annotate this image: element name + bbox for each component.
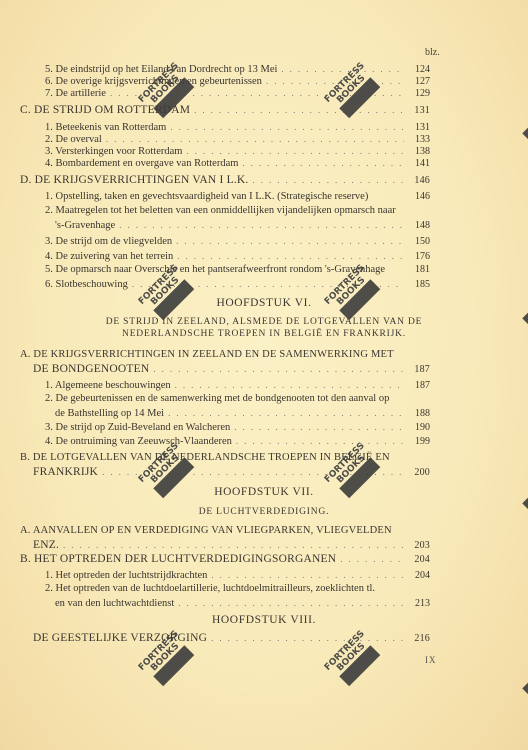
svg-text:BOOKS: BOOKS (149, 641, 181, 673)
toc-entry-line1: 2. Maatregelen tot het beletten van een … (45, 205, 396, 216)
toc-section-c: C. DE STRIJD OM ROTTERDAM...............… (20, 104, 430, 117)
page-column-label: blz. (425, 47, 440, 58)
toc-entry: DE GEESTELIJKE VERZORGING...............… (33, 632, 430, 645)
toc-entry: 3. De strijd op Zuid-Beveland en Walcher… (45, 421, 430, 434)
toc-page: blz. 5. De eindstrijd op het Eiland van … (0, 0, 528, 750)
chapter-7-subtitle: DE LUCHTVERDEDIGING. (0, 506, 528, 518)
toc-entry: de Bathstelling op 14 Mei...............… (55, 407, 430, 420)
toc-entry: 1. Het optreden der luchtstrijdkrachten.… (45, 569, 430, 582)
chapter-6-subtitle-line2: NEDERLANDSCHE TROEPEN IN BELGIË EN FRANK… (0, 328, 528, 340)
toc-section-a: ENZ.....................................… (33, 539, 430, 552)
chapter-6-title: HOOFDSTUK VI. (0, 297, 528, 309)
chapter-6-subtitle-line1: DE STRIJD IN ZEELAND, ALSMEDE DE LOTGEVA… (0, 316, 528, 328)
toc-entry: 's-Gravenhage...........................… (55, 219, 430, 232)
toc-section-a: DE BONDGENOOTEN.........................… (33, 363, 430, 376)
toc-entry: 7. De artillerie........................… (45, 87, 430, 100)
fortress-books-watermark-icon (505, 85, 528, 145)
page-number: IX (425, 655, 437, 665)
toc-entry: 4. De zuivering van het terrein.........… (45, 250, 430, 263)
toc-entry-line1: 2. Het optreden van de luchtdoelartiller… (45, 583, 375, 594)
toc-entry: 5. De opmarsch naar Overschie en het pan… (45, 264, 430, 276)
toc-entry: 4. Bombardement en overgave van Rotterda… (45, 157, 430, 170)
toc-section-d: D. DE KRIJGSVERRICHTINGEN VAN I L.K.....… (20, 174, 430, 187)
svg-text:BOOKS: BOOKS (335, 641, 367, 673)
toc-section-a-line1: A. DE KRIJGSVERRICHTINGEN IN ZEELAND EN … (20, 349, 394, 360)
toc-entry: 1. Opstelling, taken en gevechtsvaardigh… (45, 191, 430, 203)
toc-section-a-line1: A. AANVALLEN OP EN VERDEDIGING VAN VLIEG… (20, 525, 392, 536)
chapter-8-title: HOOFDSTUK VIII. (0, 614, 528, 626)
toc-entry: 4. De ontruiming van Zeeuwsch-Vlaanderen… (45, 435, 430, 448)
toc-entry: 3. De strijd om de vliegvelden..........… (45, 235, 430, 248)
toc-section-b: FRANKRIJK...............................… (33, 466, 430, 479)
toc-section-b: B. HET OPTREDEN DER LUCHTVERDEDIGINGSORG… (20, 553, 430, 566)
toc-entry-line1: 2. De gebeurtenissen en de samenwerking … (45, 393, 389, 404)
toc-entry: 1. Algemeene beschouwingen..............… (45, 379, 430, 392)
chapter-7-title: HOOFDSTUK VII. (0, 486, 528, 498)
toc-entry: en van den luchtwachtdienst.............… (55, 597, 430, 610)
toc-entry: 6. Slotbeschouwing......................… (45, 278, 430, 291)
fortress-books-watermark-icon (505, 640, 528, 700)
toc-section-b-line1: B. DE LOTGEVALLEN VAN DE NEDERLANDSCHE T… (20, 452, 390, 463)
